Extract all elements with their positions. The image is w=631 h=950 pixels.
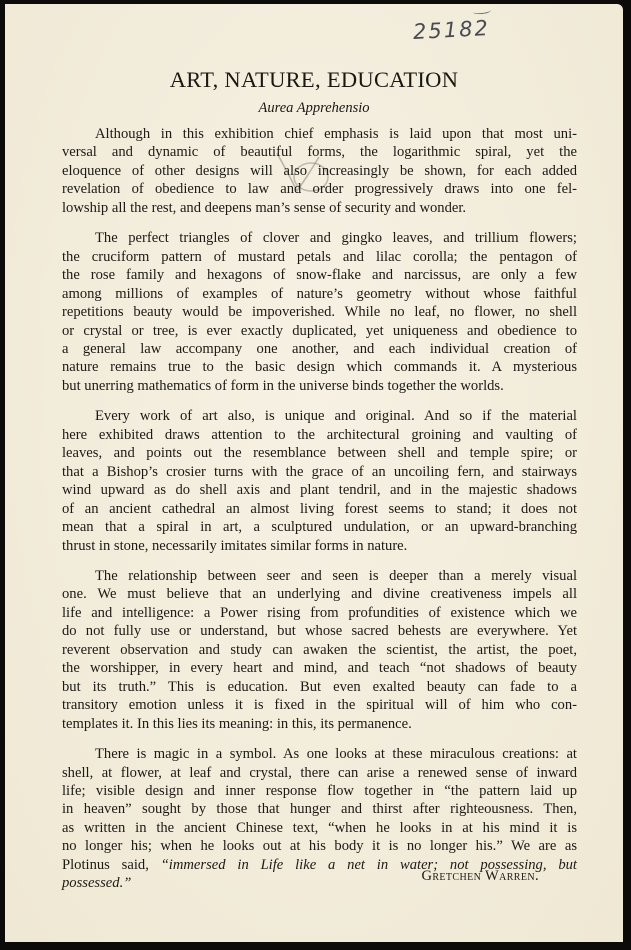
accession-number: 25182 [412, 16, 490, 44]
text-line: as written in the ancient Chinese text, … [62, 819, 577, 837]
text-line: here exhibited draws attention to the ar… [62, 426, 577, 444]
text-line: Every work of art also, is unique and or… [62, 407, 577, 425]
document-page: 25182 ART, NATURE, EDUCATION Aurea Appre… [5, 4, 623, 942]
text-line: wind upward as do shell axis and plant t… [62, 481, 577, 499]
text-line: versal and dynamic of beautiful forms, t… [62, 143, 577, 161]
document-body: Although in this exhibition chief emphas… [62, 125, 577, 905]
text-line: do not fully use or understand, but whos… [62, 622, 577, 640]
text-line: There is magic in a symbol. As one looks… [62, 745, 577, 763]
paragraph-4: The relationship between seer and seen i… [62, 567, 577, 733]
text-line: revelation of obedience to law and order… [62, 180, 577, 198]
text-line: thrust in stone, necessarily imitates si… [62, 537, 577, 555]
author-signature: Gretchen Warren. [421, 868, 539, 885]
text-line: repetitions beauty would be impoverished… [62, 303, 577, 321]
text-line: shell, at flower, at leaf and crystal, t… [62, 764, 577, 782]
paragraph-2: The perfect triangles of clover and ging… [62, 229, 577, 395]
paragraph-3: Every work of art also, is unique and or… [62, 407, 577, 555]
text-line: in heaven” sought by those that hunger a… [62, 800, 577, 818]
text-line: or crystal or tree, is ever exactly dupl… [62, 322, 577, 340]
text-line: a general law accompany one another, and… [62, 340, 577, 358]
document-subtitle: Aurea Apprehensio [5, 100, 623, 117]
text-line: reverent observation and study can awake… [62, 641, 577, 659]
text-line: eloquence of other designs will also inc… [62, 162, 577, 180]
text-line: one. We must believe that an underlying … [62, 585, 577, 603]
text-line: but its truth.” This is education. But e… [62, 678, 577, 696]
text-line: of an ancient cathedral an almost living… [62, 500, 577, 518]
text-line: that a Bishop’s crosier turns with the g… [62, 463, 577, 481]
document-title: ART, NATURE, EDUCATION [5, 67, 623, 93]
pencil-mark [473, 7, 492, 15]
text-line: mean that a spiral in art, a sculptured … [62, 518, 577, 536]
text-line: Although in this exhibition chief emphas… [62, 125, 577, 143]
text-line: life; visible design and inner response … [62, 782, 577, 800]
plotinus-lead: Plotinus said, [62, 857, 161, 873]
text-line: The perfect triangles of clover and ging… [62, 229, 577, 247]
text-line: life and intelligence: a Power rising fr… [62, 604, 577, 622]
text-line: among millions of examples of nature’s g… [62, 285, 577, 303]
text-line: but unerring mathematics of form in the … [62, 377, 577, 395]
text-line: lowship all the rest, and deepens man’s … [62, 199, 577, 217]
text-line: the rose family and hexagons of snow-fla… [62, 266, 577, 284]
paragraph-1: Although in this exhibition chief emphas… [62, 125, 577, 217]
text-line: transitory emotion unless it is fixed in… [62, 696, 577, 714]
text-line: The relationship between seer and seen i… [62, 567, 577, 585]
text-line: no longer his; when he looks out at his … [62, 837, 577, 855]
text-line: the cruciform pattern of mustard petals … [62, 248, 577, 266]
text-line: nature remains true to the basic design … [62, 358, 577, 376]
text-line: templates it. In this lies its meaning: … [62, 715, 577, 733]
text-line: the worshipper, in every heart and mind,… [62, 659, 577, 677]
text-line: leaves, and points out the resemblance b… [62, 444, 577, 462]
